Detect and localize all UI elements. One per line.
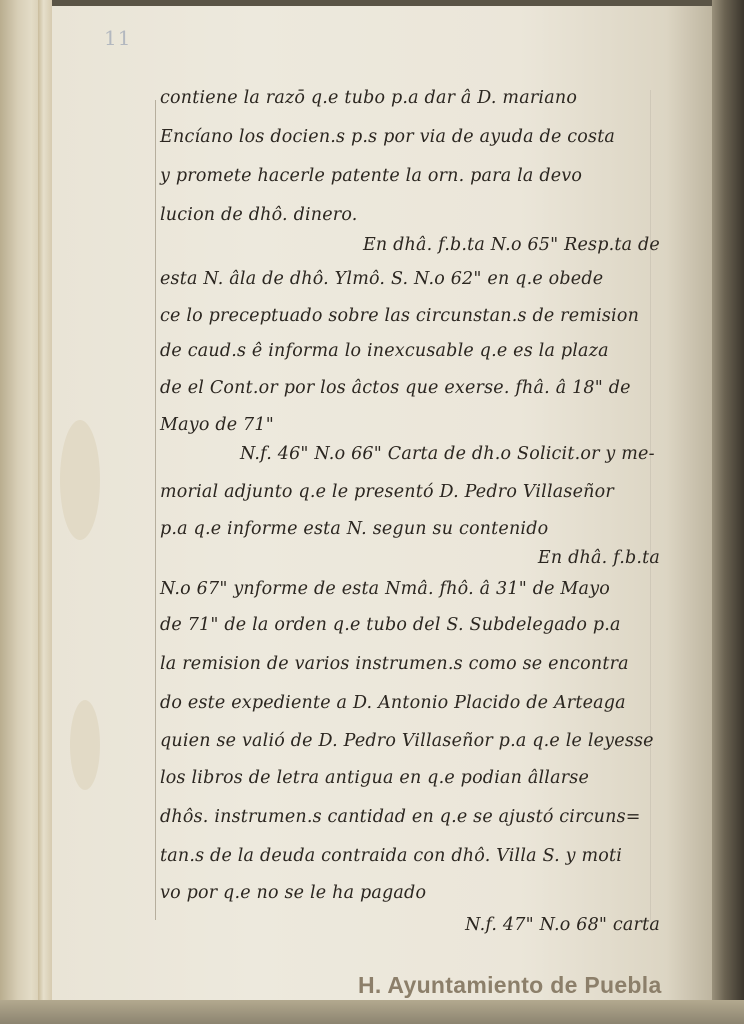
manuscript-line: y promete hacerle patente la orn. para l… — [160, 166, 582, 186]
manuscript-line: Encíano los docien.s p.s por via de ayud… — [160, 127, 615, 147]
binding-fold — [38, 0, 52, 1024]
right-page-shadow — [712, 0, 744, 1024]
paper-stain — [70, 700, 100, 790]
manuscript-line: de el Cont.or por los âctos que exerse. … — [160, 378, 631, 398]
manuscript-line: quien se valió de D. Pedro Villaseñor p.… — [160, 731, 654, 751]
manuscript-line: esta N. âla de dhô. Ylmô. S. N.o 62" en … — [160, 269, 603, 289]
manuscript-line: do este expediente a D. Antonio Placido … — [160, 693, 626, 713]
right-margin-rule — [650, 90, 651, 920]
manuscript-line: N.f. 46" N.o 66" Carta de dh.o Solicit.o… — [240, 444, 655, 464]
manuscript-line: p.a q.e informe esta N. segun su conteni… — [160, 519, 548, 539]
manuscript-line: morial adjunto q.e le presentó D. Pedro … — [160, 482, 614, 502]
manuscript-line: contiene la razō q.e tubo p.a dar â D. m… — [160, 88, 577, 108]
manuscript-line: ce lo preceptuado sobre las circunstan.s… — [160, 306, 639, 326]
top-shadow-edge — [52, 0, 744, 6]
manuscript-line: Mayo de 71" — [160, 415, 274, 435]
manuscript-line: la remision de varios instrumen.s como s… — [160, 654, 629, 674]
manuscript-line: N.f. 47" N.o 68" carta — [465, 915, 660, 935]
manuscript-line: de caud.s ê informa lo inexcusable q.e e… — [160, 341, 609, 361]
manuscript-line: los libros de letra antigua en q.e podia… — [160, 768, 589, 788]
left-margin-rule — [155, 100, 156, 920]
manuscript-line: vo por q.e no se le ha pagado — [160, 883, 426, 903]
paper-stain — [60, 420, 100, 540]
page-number: 11 — [104, 26, 131, 50]
manuscript-line: N.o 67" ynforme de esta Nmâ. fhô. â 31" … — [160, 579, 610, 599]
bottom-page-edge — [0, 1000, 744, 1024]
manuscript-scan: 11 contiene la razō q.e tubo p.a dar â D… — [0, 0, 744, 1024]
manuscript-line: lucion de dhô. dinero. — [160, 205, 358, 225]
manuscript-line: tan.s de la deuda contraida con dhô. Vil… — [160, 846, 622, 866]
manuscript-line: En dhâ. f.b.ta — [538, 548, 660, 568]
manuscript-line: En dhâ. f.b.ta N.o 65" Resp.ta de — [363, 235, 660, 255]
manuscript-line: dhôs. instrumen.s cantidad en q.e se aju… — [160, 807, 641, 827]
archive-watermark: H. Ayuntamiento de Puebla — [358, 972, 662, 999]
manuscript-line: de 71" de la orden q.e tubo del S. Subde… — [160, 615, 621, 635]
